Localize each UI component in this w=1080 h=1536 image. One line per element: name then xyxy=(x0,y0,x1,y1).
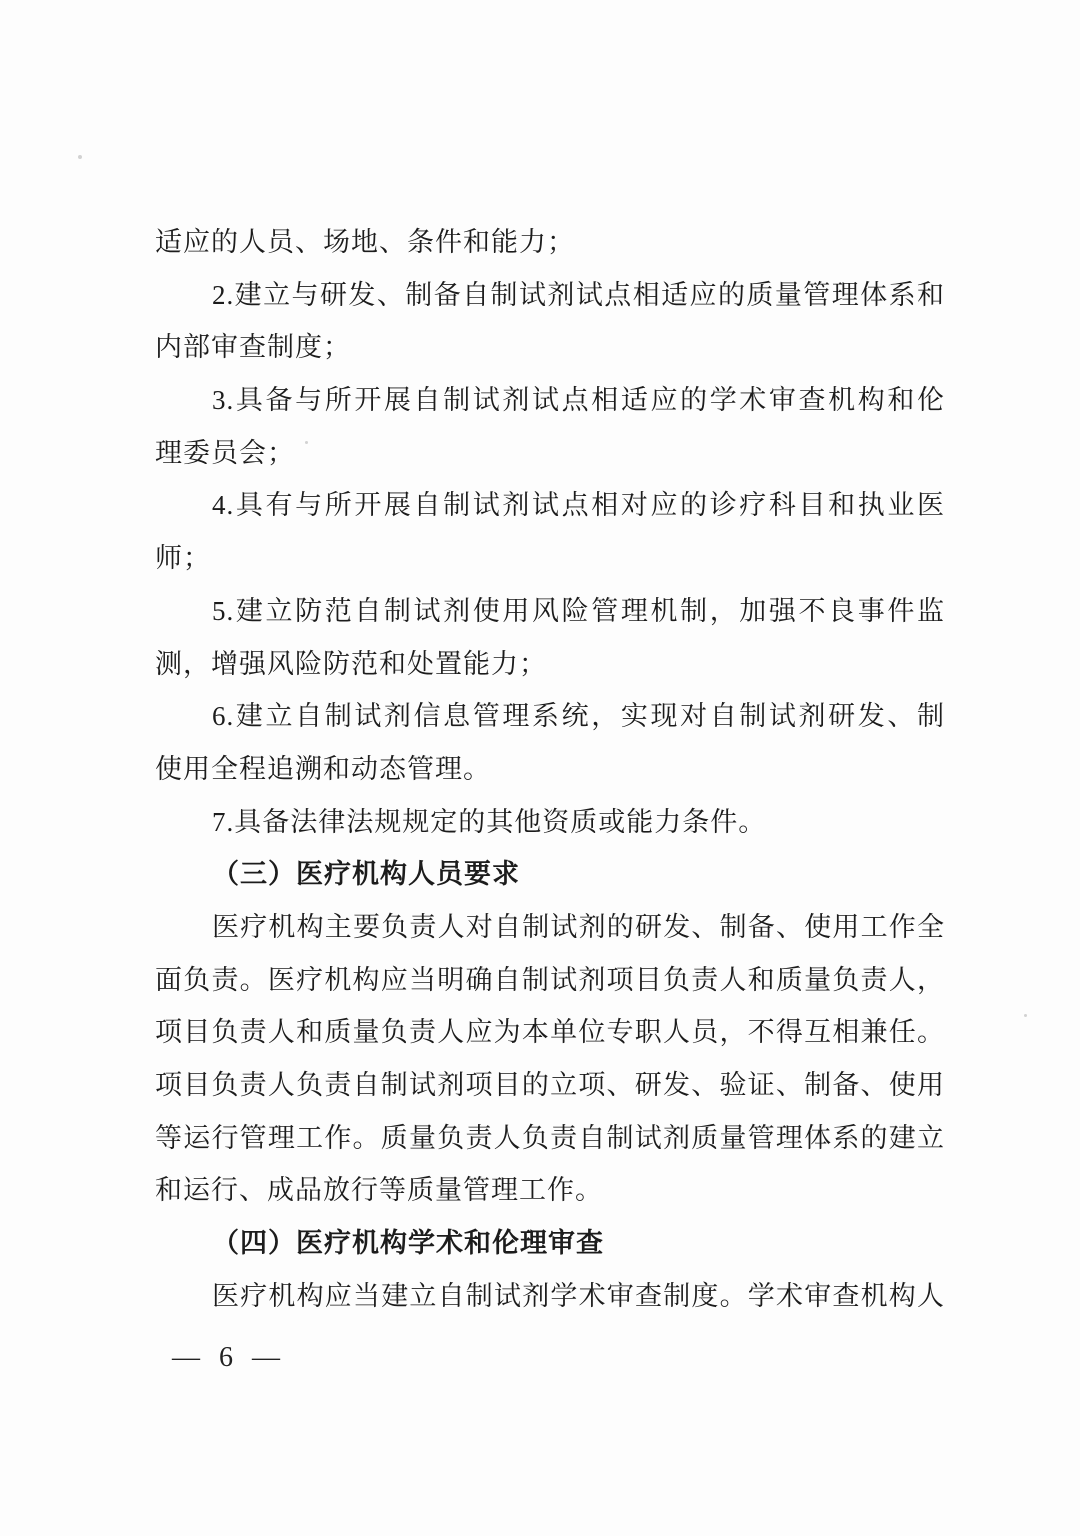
text-line: 6.建立自制试剂信息管理系统，实现对自制试剂研发、制备、 xyxy=(155,690,945,743)
text-line: 测，增强风险防范和处置能力； xyxy=(155,638,945,691)
text-line: 师； xyxy=(155,532,945,585)
page-number: — 6 — xyxy=(172,1336,286,1380)
text-line: 使用全程追溯和动态管理。 xyxy=(155,743,945,796)
section-heading-4: （四）医疗机构学术和伦理审查 xyxy=(155,1217,945,1270)
text-line: 项目负责人和质量负责人应为本单位专职人员，不得互相兼任。 xyxy=(155,1006,945,1059)
text-line: 和运行、成品放行等质量管理工作。 xyxy=(155,1164,945,1217)
text-line: 3.具备与所开展自制试剂试点相适应的学术审查机构和伦 xyxy=(155,374,945,427)
text-line: 项目负责人负责自制试剂项目的立项、研发、验证、制备、使用 xyxy=(155,1059,945,1112)
text-line: 适应的人员、场地、条件和能力； xyxy=(155,216,945,269)
text-line: 医疗机构主要负责人对自制试剂的研发、制备、使用工作全 xyxy=(155,901,945,954)
text-line: 理委员会； xyxy=(155,427,945,480)
text-line: 医疗机构应当建立自制试剂学术审查制度。学术审查机构人 xyxy=(155,1270,945,1323)
text-line: 4.具有与所开展自制试剂试点相对应的诊疗科目和执业医 xyxy=(155,479,945,532)
text-line: 7.具备法律法规规定的其他资质或能力条件。 xyxy=(155,796,945,849)
text-line: 等运行管理工作。质量负责人负责自制试剂质量管理体系的建立 xyxy=(155,1112,945,1165)
text-line: 内部审查制度； xyxy=(155,321,945,374)
scan-speck xyxy=(1024,1014,1027,1017)
scan-speck xyxy=(78,155,82,159)
scanned-document-page: 适应的人员、场地、条件和能力； 2.建立与研发、制备自制试剂试点相适应的质量管理… xyxy=(0,0,1080,1536)
document-body: 适应的人员、场地、条件和能力； 2.建立与研发、制备自制试剂试点相适应的质量管理… xyxy=(155,216,945,1322)
text-line: 2.建立与研发、制备自制试剂试点相适应的质量管理体系和 xyxy=(155,269,945,322)
text-line: 5.建立防范自制试剂使用风险管理机制，加强不良事件监 xyxy=(155,585,945,638)
text-line: 面负责。医疗机构应当明确自制试剂项目负责人和质量负责人， xyxy=(155,954,945,1007)
section-heading-3: （三）医疗机构人员要求 xyxy=(155,848,945,901)
